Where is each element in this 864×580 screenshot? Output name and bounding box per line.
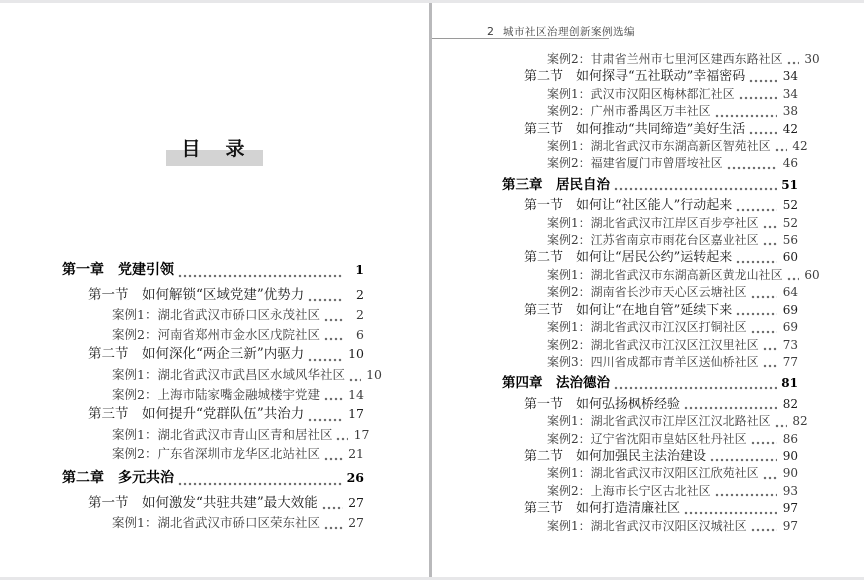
dot-leader — [178, 260, 343, 281]
toc-entry: 案例1：湖北省武汉市硚口区荣东社区 27 — [62, 513, 364, 533]
toc-entry-page: 42 — [791, 138, 808, 155]
dot-leader — [324, 385, 343, 405]
dot-leader — [336, 425, 348, 445]
dot-leader — [324, 325, 343, 345]
left-page: 目 录 第一章 党建引领 1 第一节 如何解锁“区域党建”优势力 2 案例1：湖 — [0, 3, 429, 577]
right-page: 2城市社区治理创新案例选编 案例2：甘肃省兰州市七里河区建西东路社区 30 第二… — [432, 3, 864, 577]
toc-entry-page: 81 — [781, 375, 798, 392]
toc-entry-title: 第一节 如何弘扬枫桥经验 — [524, 396, 680, 413]
toc-entry-page: 97 — [781, 500, 798, 517]
toc-entry: 案例1：湖北省武汉市武昌区水域风华社区 10 — [62, 365, 364, 385]
toc-entry-page: 90 — [781, 465, 798, 482]
dot-leader — [763, 354, 777, 371]
toc-entry-page: 82 — [781, 396, 798, 413]
toc-entry-page: 14 — [347, 385, 364, 405]
dot-leader — [324, 444, 343, 464]
toc-entry-title: 第二节 如何探寻“五社联动”幸福密码 — [524, 68, 745, 85]
running-header-page-number: 2 — [487, 25, 494, 38]
toc-entry-title: 第三节 如何让“在地自管”延续下来 — [524, 302, 732, 319]
running-header-book-title: 城市社区治理创新案例选编 — [503, 26, 635, 38]
dot-leader — [751, 518, 777, 535]
toc-entry: 案例1：湖北省武汉市汉阳区汉城社区 97 — [502, 518, 798, 535]
toc-entry-title: 第二节 如何加强民主法治建设 — [524, 448, 706, 465]
toc-entry-title: 第一节 如何让“社区能人”行动起来 — [524, 197, 732, 214]
dot-leader — [324, 305, 343, 325]
running-header-rule — [432, 38, 609, 39]
toc-entry-page: 77 — [781, 354, 798, 371]
dot-leader — [787, 51, 799, 68]
toc-entry: 案例2：广州市番禺区万丰社区 38 — [502, 103, 798, 120]
toc-entry: 案例2：上海市长宁区古北社区 93 — [502, 483, 798, 500]
toc-entry-title: 案例1：湖北省武汉市青山区青和居社区 — [112, 425, 332, 445]
toc-entry-page: 82 — [791, 413, 808, 430]
toc-entry-title: 第三节 如何打造清廉社区 — [524, 500, 680, 517]
toc-entry: 第二节 如何深化“两企三新”内驱力 10 — [62, 344, 364, 365]
toc-entry: 案例1：湖北省武汉市江岸区江汉北路社区 82 — [502, 413, 798, 430]
toc-entry-page: 52 — [781, 215, 798, 232]
toc-entry-title: 第四章 法治德治 — [502, 375, 610, 392]
dot-leader — [775, 138, 787, 155]
dot-leader — [684, 396, 777, 413]
dot-leader — [710, 448, 777, 465]
toc-entry: 第一节 如何弘扬枫桥经验 82 — [502, 396, 798, 413]
toc-entry-page: 69 — [781, 319, 798, 336]
dot-leader — [751, 284, 777, 301]
dot-leader — [751, 319, 777, 336]
toc-entry-title: 案例1：湖北省武汉市汉阳区汉城社区 — [547, 518, 747, 535]
dot-leader — [787, 267, 799, 284]
toc-entry: 案例1：湖北省武汉市东湖高新区黄龙山社区 60 — [502, 267, 798, 284]
dot-leader — [736, 197, 777, 214]
toc-entry-title: 案例2：河南省郑州市金水区戊院社区 — [112, 325, 320, 345]
toc-entry-page: 51 — [781, 177, 798, 194]
toc-entry: 第三节 如何提升“党群队伍”共治力 17 — [62, 404, 364, 425]
dot-leader — [308, 344, 343, 365]
toc-entry-title: 第三章 居民自治 — [502, 177, 610, 194]
toc-entry-page: 34 — [781, 68, 798, 85]
toc-entry-page: 17 — [352, 425, 369, 445]
toc-entry-title: 案例1：湖北省武汉市东湖高新区黄龙山社区 — [547, 267, 783, 284]
toc-entry: 案例1：湖北省武汉市东湖高新区智苑社区 42 — [502, 138, 798, 155]
toc-entry-page: 93 — [781, 483, 798, 500]
toc-entry-title: 第二节 如何深化“两企三新”内驱力 — [88, 345, 304, 365]
dot-leader — [763, 337, 777, 354]
book-spread: 目 录 第一章 党建引领 1 第一节 如何解锁“区域党建”优势力 2 案例1：湖 — [0, 0, 864, 580]
toc-entry: 第三节 如何推动“共同缔造”美好生活 42 — [502, 121, 798, 138]
toc-title-inner: 目 录 — [179, 138, 249, 160]
toc-entry-page: 46 — [781, 155, 798, 172]
dot-leader — [736, 302, 777, 319]
toc-entry-title: 案例2：广东省深圳市龙华区北站社区 — [112, 444, 320, 464]
toc-entry-page: 73 — [781, 337, 798, 354]
toc-entry-title: 第一章 党建引领 — [62, 261, 174, 281]
toc-entry-page: 38 — [781, 103, 798, 120]
toc-entry-title: 案例1：湖北省武汉市汉阳区江欣苑社区 — [547, 465, 759, 482]
toc-entry-title: 案例2：广州市番禺区万丰社区 — [547, 103, 711, 120]
toc-entry: 第二节 如何加强民主法治建设 90 — [502, 448, 798, 465]
toc-entry-page: 6 — [347, 325, 364, 345]
toc-entry-page: 64 — [781, 284, 798, 301]
toc-entry-page: 60 — [803, 267, 820, 284]
toc-entry-title: 案例2：江苏省南京市雨花台区嘉业社区 — [547, 232, 759, 249]
dot-leader — [749, 68, 777, 85]
toc-entry-page: 56 — [781, 232, 798, 249]
toc-entry-page: 2 — [347, 305, 364, 325]
toc-entry: 案例2：辽宁省沈阳市皇姑区牡丹社区 86 — [502, 431, 798, 448]
toc-entry-page: 17 — [347, 404, 364, 424]
toc-entry: 第三章 居民自治 51 — [502, 177, 798, 194]
dot-leader — [727, 155, 777, 172]
toc-entry: 案例1：武汉市汉阳区梅林都汇社区 34 — [502, 86, 798, 103]
toc-entry-title: 案例2：福建省厦门市曾厝垵社区 — [547, 155, 723, 172]
toc-entry: 案例1：湖北省武汉市硚口区永茂社区 2 — [62, 305, 364, 325]
toc-entry-page: 30 — [803, 51, 820, 68]
toc-entry-page: 26 — [347, 468, 364, 488]
toc-entry: 案例3：四川省成都市青羊区送仙桥社区 77 — [502, 354, 798, 371]
toc-entry: 第一章 党建引领 1 — [62, 260, 364, 281]
toc-entry-page: 2 — [347, 285, 364, 305]
toc-entry: 第三节 如何让“在地自管”延续下来 69 — [502, 302, 798, 319]
backdrop-strip-top — [0, 0, 864, 3]
toc-entry-title: 第三节 如何推动“共同缔造”美好生活 — [524, 121, 745, 138]
toc-entry-page: 52 — [781, 197, 798, 214]
toc-entry: 案例2：上海市陆家嘴金融城楼宇党建 14 — [62, 385, 364, 405]
toc-entry: 第二节 如何探寻“五社联动”幸福密码 34 — [502, 68, 798, 85]
toc-entry: 第四章 法治德治 81 — [502, 375, 798, 392]
toc-entry-title: 案例1：湖北省武汉市东湖高新区智苑社区 — [547, 138, 771, 155]
dot-leader — [715, 103, 777, 120]
toc-entry-page: 60 — [781, 249, 798, 266]
toc-entry-title: 案例2：湖南省长沙市天心区云塘社区 — [547, 284, 747, 301]
dot-leader — [736, 249, 777, 266]
toc-entry: 案例1：湖北省武汉市青山区青和居社区 17 — [62, 425, 364, 445]
toc-entry-title: 案例2：湖北省武汉市江汉区江汉里社区 — [547, 337, 759, 354]
toc-entry: 第二章 多元共治 26 — [62, 468, 364, 489]
toc-list-right: 案例2：甘肃省兰州市七里河区建西东路社区 30 第二节 如何探寻“五社联动”幸福… — [502, 51, 798, 535]
toc-entry-title: 案例1：湖北省武汉市江岸区江汉北路社区 — [547, 413, 771, 430]
toc-entry: 第一节 如何解锁“区域党建”优势力 2 — [62, 285, 364, 306]
toc-entry-title: 案例1：湖北省武汉市硚口区永茂社区 — [112, 305, 320, 325]
toc-entry-page: 27 — [347, 493, 364, 513]
toc-title: 目 录 — [0, 138, 429, 160]
toc-entry-title: 案例2：上海市陆家嘴金融城楼宇党建 — [112, 385, 320, 405]
toc-entry-title: 案例3：四川省成都市青羊区送仙桥社区 — [547, 354, 759, 371]
toc-entry-page: 42 — [781, 121, 798, 138]
dot-leader — [349, 365, 361, 385]
toc-entry-title: 案例1：武汉市汉阳区梅林都汇社区 — [547, 86, 735, 103]
dot-leader — [775, 413, 787, 430]
toc-entry-page: 10 — [347, 344, 364, 364]
toc-entry-title: 案例1：湖北省武汉市武昌区水域风华社区 — [112, 365, 345, 385]
toc-entry: 第三节 如何打造清廉社区 97 — [502, 500, 798, 517]
toc-entry-page: 34 — [781, 86, 798, 103]
toc-entry: 案例2：福建省厦门市曾厝垵社区 46 — [502, 155, 798, 172]
toc-entry-page: 97 — [781, 518, 798, 535]
toc-entry-title: 案例1：湖北省武汉市江汉区打铜社区 — [547, 319, 747, 336]
toc-entry-title: 案例2：辽宁省沈阳市皇姑区牡丹社区 — [547, 431, 747, 448]
toc-entry: 案例1：湖北省武汉市汉阳区江欣苑社区 90 — [502, 465, 798, 482]
toc-entry-title: 案例2：甘肃省兰州市七里河区建西东路社区 — [547, 51, 783, 68]
toc-entry: 第二节 如何让“居民公约”运转起来 60 — [502, 249, 798, 266]
toc-entry: 案例2：江苏省南京市雨花台区嘉业社区 56 — [502, 232, 798, 249]
toc-entry: 案例2：广东省深圳市龙华区北站社区 21 — [62, 444, 364, 464]
running-header: 2城市社区治理创新案例选编 — [487, 20, 635, 39]
dot-leader — [178, 468, 343, 489]
toc-entry-page: 86 — [781, 431, 798, 448]
dot-leader — [739, 86, 777, 103]
toc-entry-page: 90 — [781, 448, 798, 465]
dot-leader — [308, 285, 343, 306]
toc-entry: 案例2：湖南省长沙市天心区云塘社区 64 — [502, 284, 798, 301]
toc-entry-page: 21 — [347, 444, 364, 464]
dot-leader — [751, 431, 777, 448]
toc-entry-title: 案例1：湖北省武汉市硚口区荣东社区 — [112, 513, 320, 533]
toc-entry: 案例2：湖北省武汉市江汉区江汉里社区 73 — [502, 337, 798, 354]
toc-entry: 案例1：湖北省武汉市江岸区百步亭社区 52 — [502, 215, 798, 232]
dot-leader — [763, 232, 777, 249]
dot-leader — [322, 493, 343, 514]
dot-leader — [715, 483, 777, 500]
toc-entry: 案例2：河南省郑州市金水区戊院社区 6 — [62, 325, 364, 345]
dot-leader — [763, 465, 777, 482]
toc-entry-page: 69 — [781, 302, 798, 319]
toc-list-left: 第一章 党建引领 1 第一节 如何解锁“区域党建”优势力 2 案例1：湖北省武汉… — [62, 256, 364, 533]
dot-leader — [324, 513, 343, 533]
dot-leader — [749, 121, 777, 138]
toc-title-text: 目 录 — [181, 138, 247, 160]
dot-leader — [614, 177, 777, 194]
toc-entry-title: 第二节 如何让“居民公约”运转起来 — [524, 249, 732, 266]
dot-leader — [763, 215, 777, 232]
toc-entry-page: 1 — [347, 260, 364, 280]
toc-entry: 第一节 如何激发“共驻共建”最大效能 27 — [62, 493, 364, 514]
dot-leader — [308, 404, 343, 425]
dot-leader — [614, 375, 777, 392]
toc-entry-title: 第二章 多元共治 — [62, 469, 174, 489]
toc-entry: 案例2：甘肃省兰州市七里河区建西东路社区 30 — [502, 51, 798, 68]
toc-entry: 第一节 如何让“社区能人”行动起来 52 — [502, 197, 798, 214]
toc-entry-title: 第一节 如何激发“共驻共建”最大效能 — [88, 494, 318, 514]
toc-entry-page: 10 — [365, 365, 382, 385]
toc-entry-title: 第一节 如何解锁“区域党建”优势力 — [88, 286, 304, 306]
dot-leader — [684, 500, 777, 517]
toc-entry-title: 案例1：湖北省武汉市江岸区百步亭社区 — [547, 215, 759, 232]
toc-entry-title: 案例2：上海市长宁区古北社区 — [547, 483, 711, 500]
toc-entry-page: 27 — [347, 513, 364, 533]
toc-entry-title: 第三节 如何提升“党群队伍”共治力 — [88, 405, 304, 425]
toc-entry: 案例1：湖北省武汉市江汉区打铜社区 69 — [502, 319, 798, 336]
